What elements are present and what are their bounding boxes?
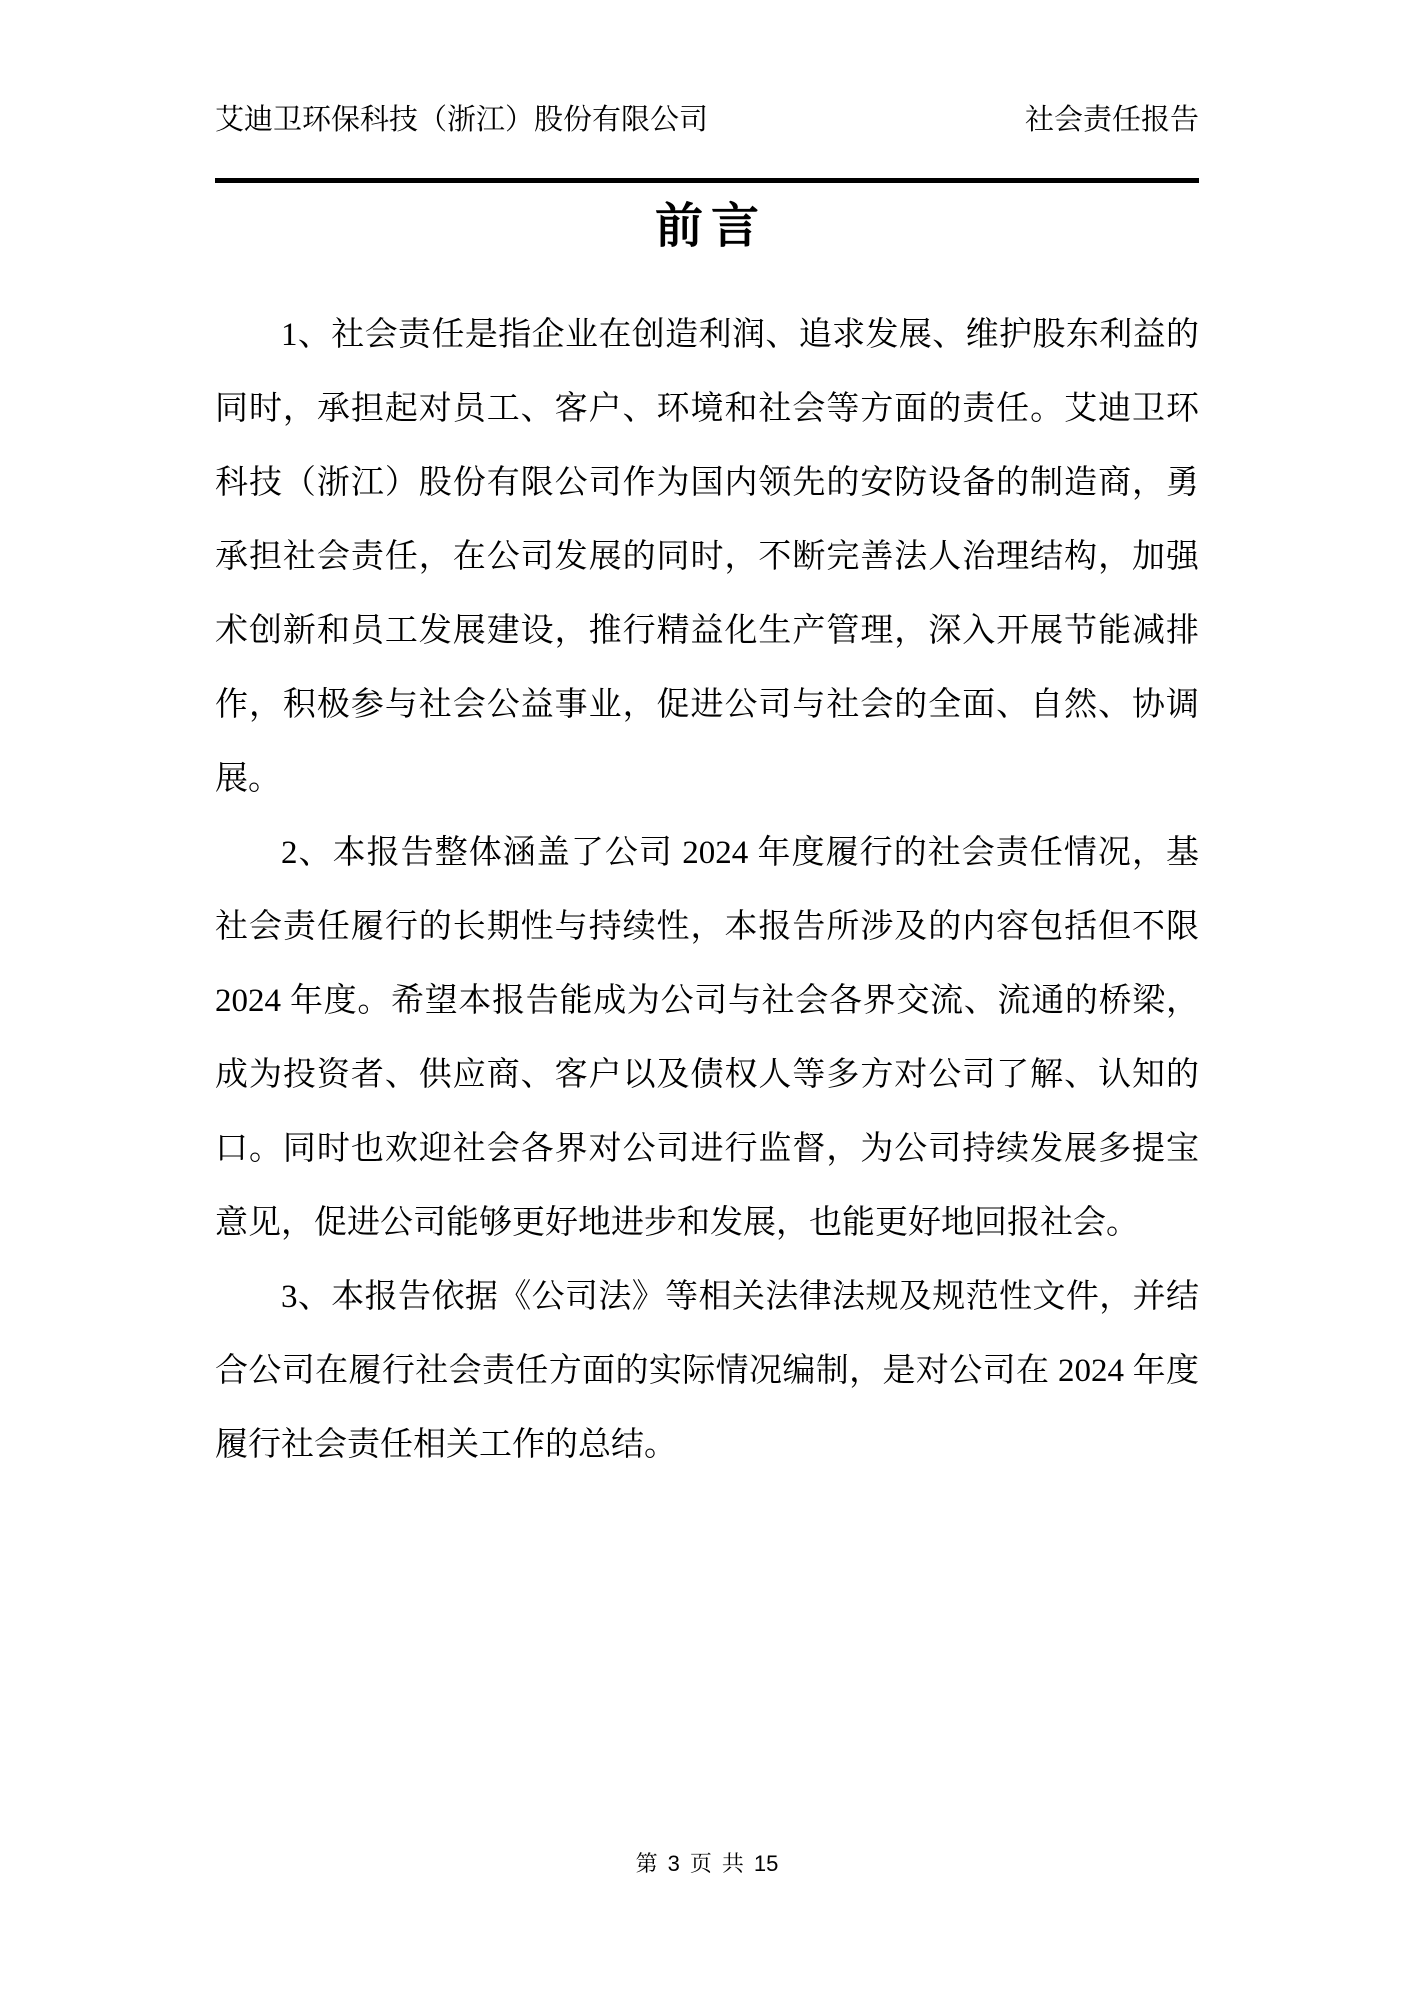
footer-page-prefix: 第: [636, 1849, 658, 1879]
paragraph-2-line: 成为投资者、供应商、客户以及债权人等多方对公司了解、认知的窗: [215, 1038, 1199, 1112]
footer-total-prefix: 共: [722, 1849, 744, 1879]
document-body: 1、社会责任是指企业在创造利润、追求发展、维护股东利益的 同时，承担起对员工、客…: [215, 298, 1199, 1482]
header-divider: [215, 178, 1199, 183]
paragraph-1-line: 1、社会责任是指企业在创造利润、追求发展、维护股东利益的: [215, 298, 1199, 372]
document-page: 艾迪卫环保科技（浙江）股份有限公司 社会责任报告 前言 1、社会责任是指企业在创…: [0, 0, 1414, 2000]
paragraph-1-line: 作，积极参与社会公益事业，促进公司与社会的全面、自然、协调发: [215, 668, 1199, 742]
company-name: 艾迪卫环保科技（浙江）股份有限公司: [215, 104, 708, 136]
paragraph-1-line: 同时，承担起对员工、客户、环境和社会等方面的责任。艾迪卫环保: [215, 372, 1199, 446]
paragraph-2-line: 意见，促进公司能够更好地进步和发展，也能更好地回报社会。: [215, 1186, 1199, 1260]
paragraph-2-line: 2024 年度。希望本报告能成为公司与社会各界交流、流通的桥梁，: [215, 964, 1199, 1038]
paragraph-1-line: 展。: [215, 742, 1199, 816]
paragraph-1-line: 承担社会责任，在公司发展的同时，不断完善法人治理结构，加强技: [215, 520, 1199, 594]
footer-page-number: 3: [668, 1849, 680, 1879]
paragraph-3-line: 3、本报告依据《公司法》等相关法律法规及规范性文件，并结: [215, 1260, 1199, 1334]
paragraph-1-line: 术创新和员工发展建设，推行精益化生产管理，深入开展节能减排工: [215, 594, 1199, 668]
page-title: 前言: [215, 199, 1199, 255]
footer-page-suffix: 页: [690, 1849, 712, 1879]
paragraph-2-line: 2、本报告整体涵盖了公司 2024 年度履行的社会责任情况，基于: [215, 816, 1199, 890]
paragraph-3-line: 合公司在履行社会责任方面的实际情况编制，是对公司在 2024 年度: [215, 1334, 1199, 1408]
report-type: 社会责任报告: [1025, 104, 1199, 136]
paragraph-1-line: 科技（浙江）股份有限公司作为国内领先的安防设备的制造商，勇于: [215, 446, 1199, 520]
paragraph-2-line: 社会责任履行的长期性与持续性，本报告所涉及的内容包括但不限于: [215, 890, 1199, 964]
paragraph-2-line: 口。同时也欢迎社会各界对公司进行监督，为公司持续发展多提宝贵: [215, 1112, 1199, 1186]
page-footer: 第3页共15: [0, 1849, 1414, 1879]
footer-total-pages: 15: [754, 1849, 778, 1879]
page-content: 艾迪卫环保科技（浙江）股份有限公司 社会责任报告 前言 1、社会责任是指企业在创…: [215, 0, 1199, 1482]
paragraph-3-line: 履行社会责任相关工作的总结。: [215, 1408, 1199, 1482]
page-header: 艾迪卫环保科技（浙江）股份有限公司 社会责任报告: [215, 104, 1199, 136]
